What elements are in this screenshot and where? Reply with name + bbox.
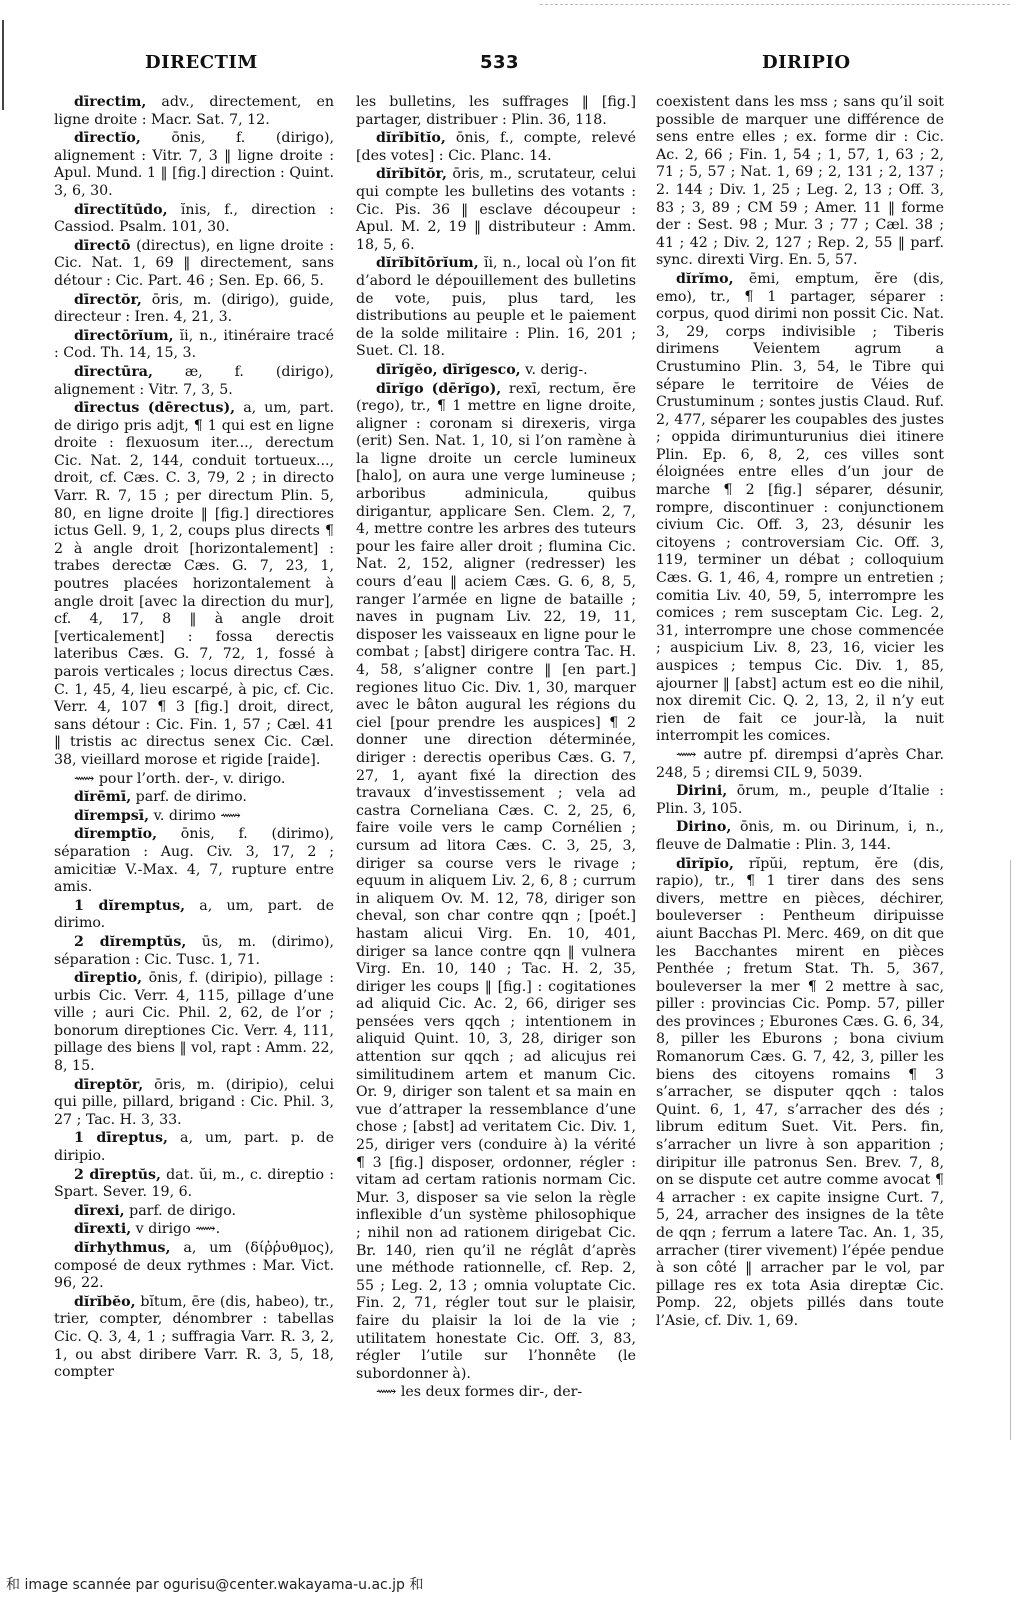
headword: dīrectō [74,238,130,254]
dictionary-entry: dīrexti, v dirigo ⟿. [54,1221,334,1239]
scan-credit-footer: 和 image scannée par ogurisu@center.wakay… [6,1574,423,1594]
headword: dĭrempsī, [74,808,149,824]
dictionary-entry: ⟿ autre pf. dirempsi d’après Char. 248, … [656,747,944,782]
headword: dĭrēmī, [74,789,131,805]
dictionary-entry: Dirini, ōrum, m., peuple d’Italie : Plin… [656,783,944,818]
definition-text: ēmi, emptum, ĕre (dis, emo), tr., ¶ 1 pa… [656,271,944,744]
definition-text: ⟿ pour l’orth. der-, v. dirigo. [74,771,285,787]
dictionary-entry: dĭrhythmus, a, um (δίῤῥυθμος), composé d… [54,1240,334,1293]
definition-text: les bulletins, les suffrages ‖ [fig.] pa… [356,94,636,128]
dictionary-entry: ⟿ pour l’orth. der-, v. dirigo. [54,771,334,789]
dictionary-entry: dīrectim, adv., directement, en ligne dr… [54,94,334,129]
dictionary-entry: 1 dīreptus, a, um, part. p. de diripio. [54,1130,334,1165]
column-middle: les bulletins, les suffrages ‖ [fig.] pa… [356,94,636,1403]
headword: dīrexti, [74,1221,131,1237]
page-number: 533 [480,52,519,73]
headword: dīreptŏr, [74,1077,143,1093]
headword: dīrĭgĕo, dīrĭgesco, [376,362,521,378]
dictionary-entry: les bulletins, les suffrages ‖ [fig.] pa… [356,94,636,129]
headword: dīrectŏr, [74,292,142,308]
dictionary-entry: dīrĭgĕo, dīrĭgesco, v. derig-. [356,362,636,380]
definition-text: parf. de dirigo. [125,1203,236,1219]
dictionary-entry: dīrectūra, æ, f. (dirigo), alignement : … [54,364,334,399]
definition-text: v dirigo ⟿. [131,1221,220,1237]
headword: dĭremptĭo, [74,826,157,842]
dictionary-entry: dīreptŏr, ōris, m. (diripio), celui qui … [54,1077,334,1130]
running-head-left: DIRECTIM [145,52,258,73]
headword: dĭrĭmo, [676,271,734,287]
dictionary-entry: dĭrĭbĕo, bĭtum, ēre (dis, habeo), tr., t… [54,1294,334,1382]
headword: dĭrĭbĭtŏr, [376,166,447,182]
dictionary-entry: dīrectus (dērectus), a, um, part. de dir… [54,400,334,769]
definition-text: ⟿ autre pf. dirempsi d’après Char. 248, … [656,747,944,781]
headword: 2 dīreptŭs, [74,1167,161,1183]
dictionary-entry: dĭremptĭo, ōnis, f. (dirimo), séparation… [54,826,334,896]
dictionary-entry: dīrectŏr, ōris, m. (dirigo), guide, dire… [54,292,334,327]
dictionary-entry: dīreptio, ōnis, f. (diripio), pillage : … [54,970,334,1076]
dictionary-entry: dīrectōrĭum, ĭi, n., itinéraire tracé : … [54,328,334,363]
headword: dĭrĭbĭtĭo, [376,130,446,146]
headword: 1 dĭremptus, [74,898,185,914]
headword: dīrectūra, [74,364,153,380]
dictionary-entry: 1 dĭremptus, a, um, part. de dirimo. [54,898,334,933]
dictionary-entry: 2 dīreptŭs, dat. ŭi, m., c. direptio : S… [54,1167,334,1202]
headword: dīrectĭtūdo, [74,202,168,218]
dictionary-entry: dīrĭgo (dērĭgo), rexī, rectum, ĕre (rego… [356,381,636,1384]
dictionary-entry: dīrectĭo, ōnis, f. (dirigo), alignement … [54,130,334,200]
scan-border-right [1010,860,1011,1440]
definition-text: v. derig-. [521,362,588,378]
headword: dīrĭgo (dērĭgo), [376,381,501,397]
headword: dīrectōrĭum, [74,328,174,344]
headword: dĭrhythmus, [74,1240,170,1256]
dictionary-entry: coexistent dans les mss ; sans qu’il soi… [656,94,944,270]
definition-text: ⟿ les deux formes dir-, der- [376,1384,582,1400]
dictionary-entry: dīrectĭtūdo, ĭnis, f., direction : Cassi… [54,202,334,237]
dictionary-entry: 2 dĭremptŭs, ūs, m. (dirimo), séparation… [54,934,334,969]
dictionary-entry: dĭrĭbĭtĭo, ōnis, f., compte, relevé [des… [356,130,636,165]
definition-text: a, um, part. de dirigo pris adjt, ¶ 1 qu… [54,400,334,768]
dictionary-entry: dĭrĭmo, ēmi, emptum, ĕre (dis, emo), tr.… [656,271,944,746]
definition-text: coexistent dans les mss ; sans qu’il soi… [656,94,944,268]
dictionary-entry: Dirino, ōnis, m. ou Dirinum, i, n., fleu… [656,819,944,854]
headword: dīreptio, [74,970,142,986]
running-head-right: DIRIPIO [762,52,851,73]
headword: 1 dīreptus, [74,1130,168,1146]
headword: 2 dĭremptŭs, [74,934,186,950]
definition-text: rexī, rectum, ĕre (rego), tr., ¶ 1 mettr… [356,381,636,1382]
headword: dĭrĭbĕo, [74,1294,136,1310]
definition-text: rĭpŭi, reptum, ĕre (dis, rapio), tr., ¶ … [656,856,944,1329]
dictionary-entry: dĭrĭbĭtŏr, ōris, m., scrutateur, celui q… [356,166,636,254]
page-header: DIRECTIM 533 DIRIPIO [0,52,1024,82]
dictionary-entry: dīrectō (directus), en ligne droite : Ci… [54,238,334,291]
headword: Dirino, [676,819,731,835]
dictionary-entry: ⟿ les deux formes dir-, der- [356,1384,636,1402]
headword: dīrectus (dērectus), [74,400,235,416]
dictionary-entry: dĭrempsī, v. dirimo ⟿ [54,808,334,826]
dictionary-entry: dīrĭpĭo, rĭpŭi, reptum, ĕre (dis, rapio)… [656,856,944,1331]
headword: dĭrĭbĭtōrĭum, [376,255,479,271]
dictionary-entry: dĭrĭbĭtōrĭum, ĭi, n., local où l’on fit … [356,255,636,361]
scan-border-top [540,4,1010,5]
definition-text: v. dirimo ⟿ [149,808,241,824]
definition-text: parf. de dirimo. [131,789,247,805]
dictionary-entry: dīrexi, parf. de dirigo. [54,1203,334,1221]
headword: dīrectim, [74,94,146,110]
headword: dīrexi, [74,1203,125,1219]
column-right: coexistent dans les mss ; sans qu’il soi… [656,94,944,1332]
headword: dīrectĭo, [74,130,141,146]
headword: dīrĭpĭo, [676,856,734,872]
column-left: dīrectim, adv., directement, en ligne dr… [54,94,334,1383]
headword: Dirini, [676,783,727,799]
dictionary-entry: dĭrēmī, parf. de dirimo. [54,789,334,807]
